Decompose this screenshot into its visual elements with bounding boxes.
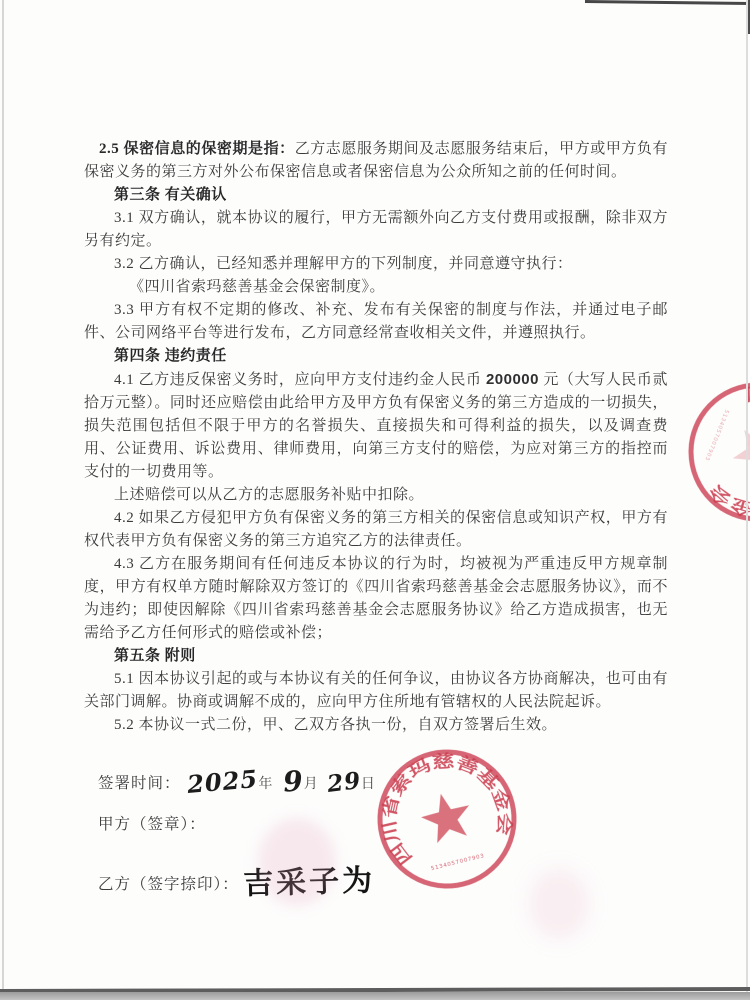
agreement-body: 2.5 保密信息的保密期是指：乙方志愿服务期间及志愿服务结束后，甲方或甲方负有保… [84,138,668,737]
clause-3-2-policy-title: 《四川省索玛慈善基金会保密制度》。 [84,276,668,299]
official-seal-bottom-icon: 四川省索玛慈善基金会 5134057007903 [356,728,538,910]
article-3-heading: 第三条 有关确认 [84,184,668,207]
handwritten-year: 2025 [186,764,259,799]
scan-edge-left [2,0,4,1000]
signing-date-label: 签署时间： [98,775,181,792]
year-unit: 年 [258,777,273,792]
clause-4-2: 4.2 如果乙方侵犯甲方负有保密义务的第三方相关的保密信息或知识产权，甲方有权代… [84,507,668,553]
clause-2-5: 2.5 保密信息的保密期是指：乙方志愿服务期间及志愿服务结束后，甲方或甲方负有保… [84,138,668,184]
party-b-signature-line: 乙方（签字捺印）：吉采子为 [98,854,375,898]
signing-date-line: 签署时间：2025年9月29日 [98,762,376,795]
seal-serial-number: 5134057007903 [430,853,485,872]
scan-edge-top [585,0,750,5]
month-unit: 月 [304,777,319,792]
clause-2-5-lead: 2.5 保密信息的保密期是指： [99,141,295,157]
clause-3-1: 3.1 双方确认，就本协议的履行，甲方无需额外向乙方支付费用或报酬，除非双方另有… [84,207,668,253]
scan-edge-bottom-band [0,992,750,1000]
clause-4-1-pre: 4.1 乙方违反保密义务时，应向甲方支付违约金人民币 [114,372,486,388]
seal-star-icon [729,421,750,484]
clause-5-2: 5.2 本协议一式二份，甲、乙双方各执一份，自双方签署后生效。 [84,714,668,737]
scanned-agreement-page: 2.5 保密信息的保密期是指：乙方志愿服务期间及志愿服务结束后，甲方或甲方负有保… [0,0,750,1000]
handwritten-month: 9 [282,764,305,798]
penalty-amount: 200000 [486,371,539,388]
scan-edge-bottom-line [0,987,750,993]
seal-serial-number: 5134057007903 [703,409,729,462]
clause-4-1-deduction: 上述赔偿可以从乙方的志愿服务补贴中扣除。 [84,484,668,507]
party-b-handwritten-signature: 吉采子为 [242,855,375,902]
article-4-heading: 第四条 违约责任 [84,345,668,368]
official-seal-right-edge-icon: 四川省索玛慈善基金会 5134057007903 [660,354,750,549]
party-b-label: 乙方（签字捺印）： [98,876,239,893]
clause-3-2: 3.2 乙方确认，已经知悉并理解甲方的下列制度，并同意遵守执行： [84,253,668,276]
clause-4-1-post: 元（大写人民币贰拾万元整）。同时还应赔偿由此给甲方及甲方负有保密义务的第三方造成… [84,372,668,480]
party-a-label: 甲方（签章）： [98,816,206,833]
clause-4-1: 4.1 乙方违反保密义务时，应向甲方支付违约金人民币 200000 元（大写人民… [84,368,668,484]
article-5-heading: 第五条 附则 [84,645,668,668]
clause-4-3: 4.3 乙方在服务期间有任何违反本协议的行为时，均被视为严重违反甲方规章制度，甲… [84,553,668,645]
seal-star-icon [417,788,476,846]
party-a-signature-line: 甲方（签章）： [98,812,206,834]
ink-smudge [528,868,590,940]
clause-3-3: 3.3 甲方有权不定期的修改、补充、发布有关保密的制度与作法，并通过电子邮件、公… [84,299,668,345]
clause-5-1: 5.1 因本协议引起的或与本协议有关的任何争议，由协议各方协商解决，也可由有关部… [84,668,668,714]
